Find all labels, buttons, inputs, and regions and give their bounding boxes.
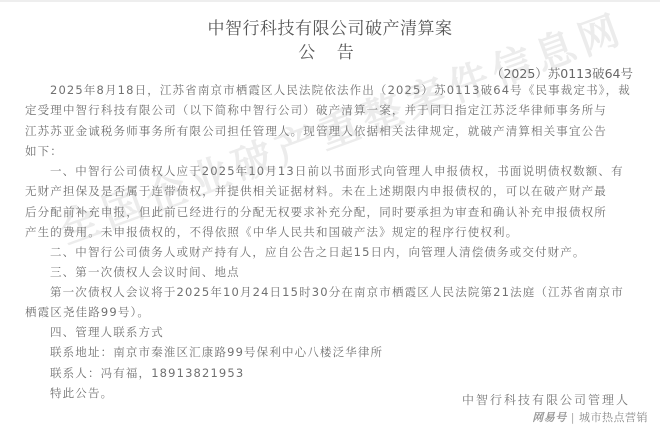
- top-border: [0, 0, 660, 2]
- section-1-line-1: 一、中智行公司债权人应于2025年10月13日前以书面形式向管理人申报债权，书面…: [25, 161, 635, 181]
- section-1-paragraph: 一、中智行公司债权人应于2025年10月13日前以书面形式向管理人申报债权，书面…: [25, 161, 635, 242]
- intro-line-1: 2025年8月18日，江苏省南京市栖霞区人民法院依法作出（2025）苏0113破…: [25, 80, 635, 100]
- contact-address: 联系地址：南京市秦淮区汇康路99号保利中心八楼泛华律所: [25, 342, 635, 362]
- netease-logo-icon: 网易号: [532, 409, 567, 425]
- intro-paragraph: 2025年8月18日，江苏省南京市栖霞区人民法院依法作出（2025）苏0113破…: [25, 80, 635, 161]
- section-2-paragraph: 二、中智行公司债务人或财产持有人，应自公告之日起15日内，向管理人清偿债务或交付…: [25, 242, 635, 262]
- section-4-heading: 四、管理人联系方式: [25, 322, 635, 342]
- section-3-detail-line-2: 栖霞区尧佳路99号）。: [25, 302, 635, 322]
- source-mark: 网易号 | 城市热点营销: [532, 409, 648, 425]
- intro-line-4: 如下：: [25, 141, 635, 161]
- section-1-line-3: 后分配前补充申报，但此前已经进行的分配无权要求补充分配，同时要承担为审查和确认补…: [25, 202, 635, 222]
- section-2-line-1: 二、中智行公司债务人或财产持有人，应自公告之日起15日内，向管理人清偿债务或交付…: [25, 242, 635, 262]
- section-3-detail-line-1: 第一次债权人会议将于2025年10月24日15时30分在南京市栖霞区人民法院第2…: [25, 282, 635, 302]
- section-1-line-4: 产生的费用。未申报债权的，不得依照《中华人民共和国破产法》规定的程序行使权利。: [25, 222, 635, 242]
- section-3-line-1: 三、第一次债权人会议时间、地点: [25, 262, 635, 282]
- document-subtitle: 公 告: [0, 38, 660, 63]
- source-account: 城市热点营销: [579, 409, 648, 425]
- section-3-heading: 三、第一次债权人会议时间、地点: [25, 262, 635, 282]
- intro-line-3: 江苏苏亚金诚税务师事务所有限公司担任管理人。现管理人依据相关法律规定，就破产清算…: [25, 121, 635, 141]
- section-1-line-2: 无财产担保及是否属于连带债权，并提供相关证据材料。未在上述期限内申报债权的，可以…: [25, 181, 635, 201]
- signature: 中智行科技有限公司管理人: [462, 391, 630, 408]
- intro-line-2: 定受理中智行科技有限公司（以下简称中智行公司）破产清算一案，并于同日指定江苏泛华…: [25, 100, 635, 120]
- source-separator: |: [571, 411, 575, 424]
- document-title: 中智行科技有限公司破产清算案: [0, 14, 660, 39]
- contact-person: 联系人：冯有福，18913821953: [25, 363, 635, 383]
- section-3-detail: 第一次债权人会议将于2025年10月24日15时30分在南京市栖霞区人民法院第2…: [25, 282, 635, 323]
